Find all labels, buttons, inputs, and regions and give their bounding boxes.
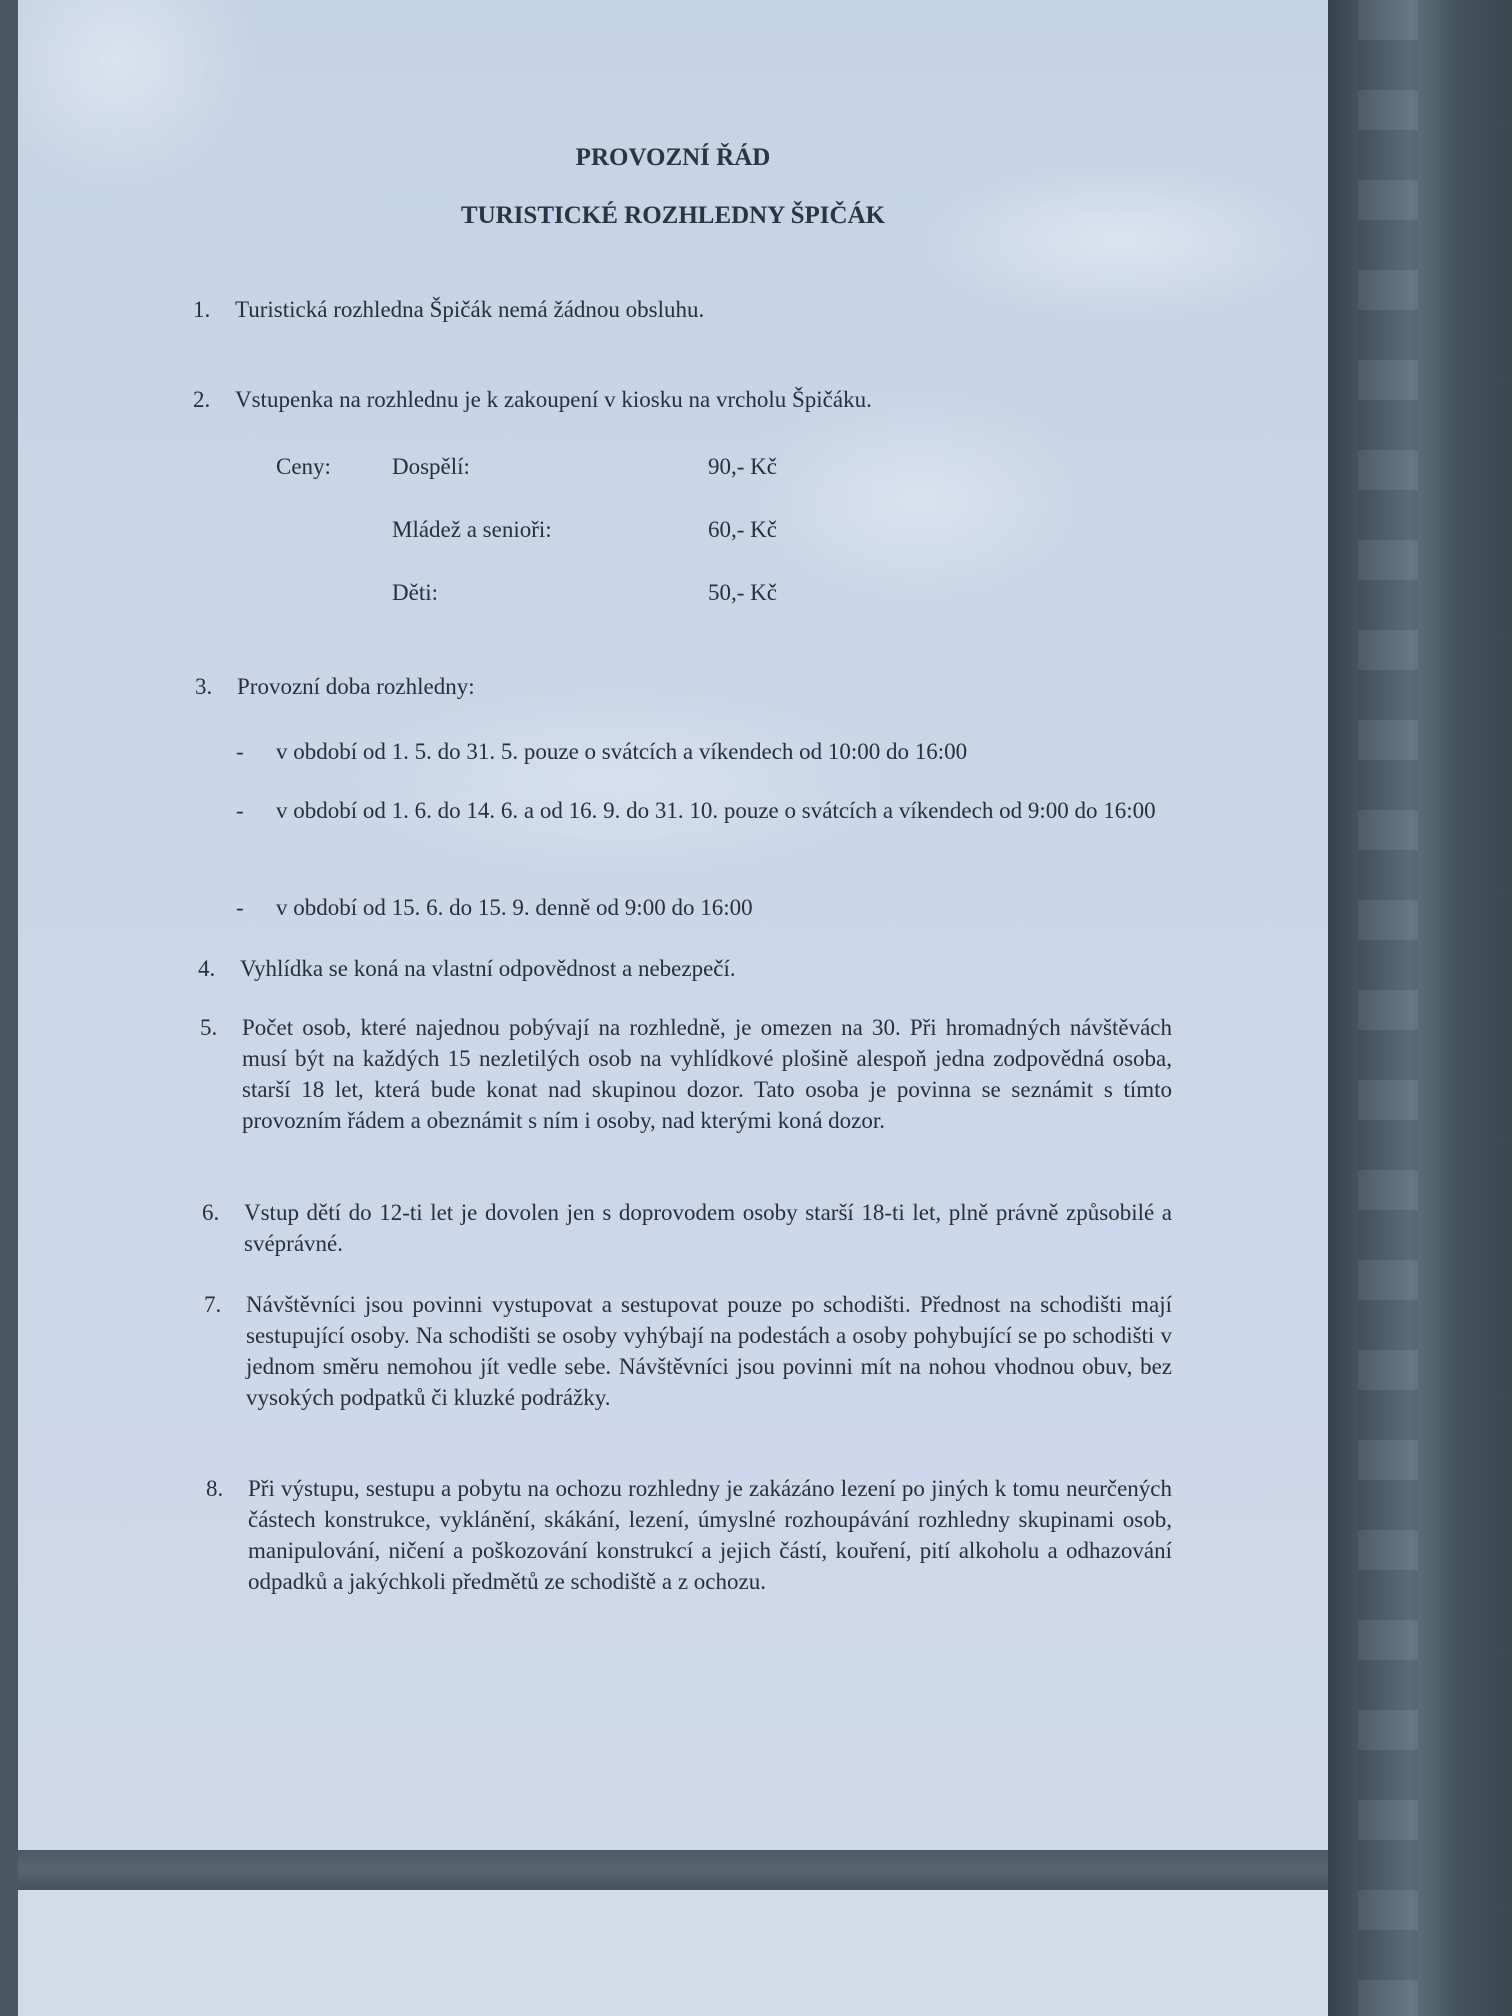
rule-number: 7. bbox=[204, 1289, 221, 1320]
prices-label: Ceny: bbox=[276, 451, 331, 482]
rule-number: 4. bbox=[198, 953, 215, 984]
notice-sheet: PROVOZNÍ ŘÁD TURISTICKÉ ROZHLEDNY ŠPIČÁK… bbox=[18, 0, 1328, 1850]
price-value-children: 50,- Kč bbox=[708, 577, 777, 608]
document-subtitle: TURISTICKÉ ROZHLEDNY ŠPIČÁK bbox=[18, 200, 1328, 231]
rule-text: Návštěvníci jsou povinni vystupovat a se… bbox=[246, 1289, 1172, 1413]
rule-text: Vstup dětí do 12-ti let je dovolen jen s… bbox=[244, 1197, 1172, 1259]
document-title: PROVOZNÍ ŘÁD bbox=[18, 142, 1328, 173]
rule-number: 8. bbox=[206, 1473, 223, 1504]
rule-number: 1. bbox=[193, 294, 210, 325]
opening-hours-text: v období od 1. 6. do 14. 6. a od 16. 9. … bbox=[276, 795, 1166, 826]
rule-text: Provozní doba rozhledny: bbox=[237, 671, 475, 702]
rule-text: Počet osob, které najednou pobývají na r… bbox=[242, 1012, 1172, 1136]
rule-text: Vstupenka na rozhlednu je k zakoupení v … bbox=[235, 384, 872, 415]
bullet-dash: - bbox=[236, 892, 244, 923]
lower-blank-sheet bbox=[18, 1890, 1328, 2016]
opening-hours-text: v období od 1. 5. do 31. 5. pouze o svát… bbox=[276, 736, 967, 767]
opening-hours-text: v období od 15. 6. do 15. 9. denně od 9:… bbox=[276, 892, 753, 923]
rule-number: 3. bbox=[195, 671, 212, 702]
rule-number: 5. bbox=[200, 1012, 217, 1043]
frame-divider bbox=[18, 1850, 1328, 1890]
rule-text: Vyhlídka se koná na vlastní odpovědnost … bbox=[240, 953, 736, 984]
rule-number: 2. bbox=[193, 384, 210, 415]
rule-text: Turistická rozhledna Špičák nemá žádnou … bbox=[235, 294, 704, 325]
price-value-youth-seniors: 60,- Kč bbox=[708, 514, 777, 545]
frame-edge bbox=[0, 0, 18, 2016]
metal-pole-background bbox=[1328, 0, 1512, 2016]
bullet-dash: - bbox=[236, 795, 244, 826]
rule-number: 6. bbox=[202, 1197, 219, 1228]
price-category-children: Děti: bbox=[392, 577, 438, 608]
price-category-adults: Dospělí: bbox=[392, 451, 470, 482]
rule-text: Při výstupu, sestupu a pobytu na ochozu … bbox=[248, 1473, 1172, 1597]
price-category-youth-seniors: Mládež a senioři: bbox=[392, 514, 552, 545]
price-value-adults: 90,- Kč bbox=[708, 451, 777, 482]
bullet-dash: - bbox=[236, 736, 244, 767]
